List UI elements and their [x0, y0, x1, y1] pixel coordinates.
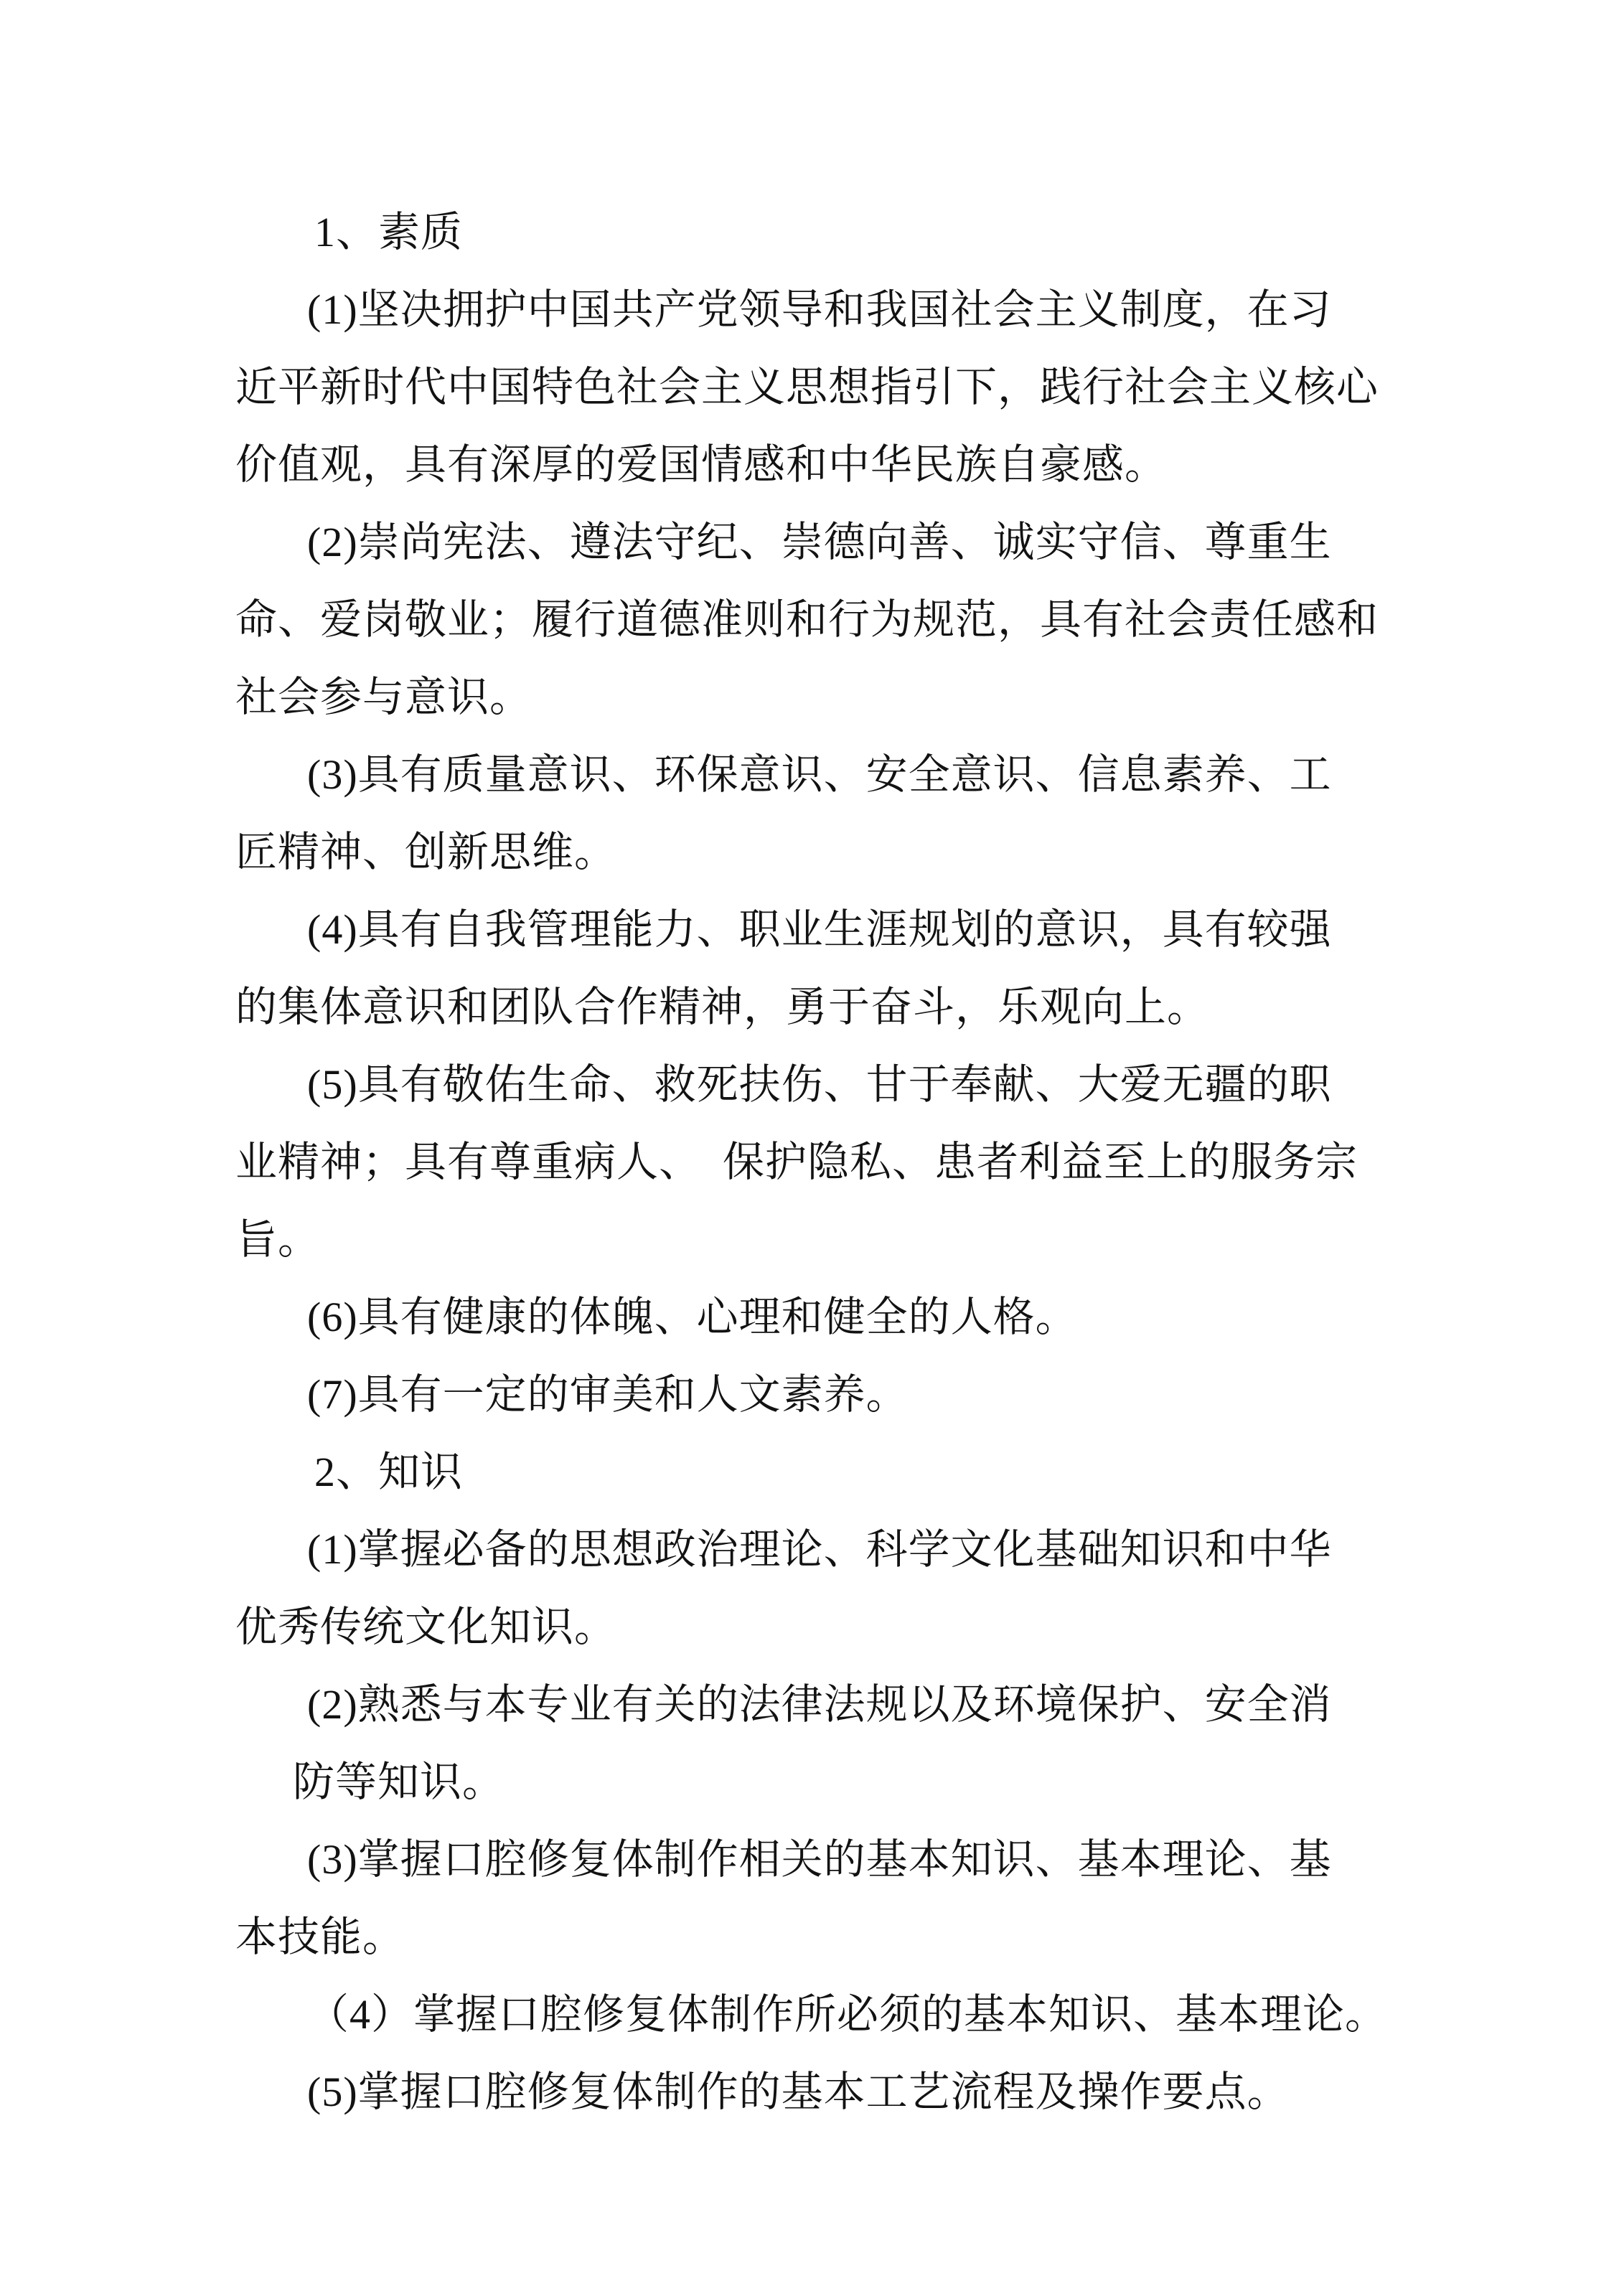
document-page: 1、素质(1)坚决拥护中国共产党领导和我国社会主义制度，在习近平新时代中国特色社…	[0, 0, 1624, 2296]
text-line: 业精神；具有尊重病人、 保护隐私、患者利益至上的服务宗	[235, 1124, 1394, 1201]
text-line: (3)掌握口腔修复体制作相关的基本知识、基本理论、基	[235, 1821, 1394, 1899]
text-line: 本技能。	[235, 1899, 1394, 1976]
text-line: (4)具有自我管理能力、职业生涯规划的意识，具有较强	[235, 891, 1394, 969]
text-line: 1、素质	[235, 194, 1394, 271]
text-line: 匠精神、创新思维。	[235, 814, 1394, 891]
text-line: (5)掌握口腔修复体制作的基本工艺流程及操作要点。	[235, 2053, 1394, 2131]
text-line: （4）掌握口腔修复体制作所必须的基本知识、基本理论。	[235, 1976, 1394, 2053]
text-line: (7)具有一定的审美和人文素养。	[235, 1356, 1394, 1434]
text-line: (3)具有质量意识、环保意识、安全意识、信息素养、工	[235, 736, 1394, 814]
text-line: 优秀传统文化知识。	[235, 1589, 1394, 1666]
text-line: 防等知识。	[235, 1744, 1394, 1821]
text-line: 2、知识	[235, 1434, 1394, 1511]
text-line: 命、爱岗敬业；履行道德准则和行为规范，具有社会责任感和	[235, 581, 1394, 659]
text-line: 价值观，具有深厚的爱国情感和中华民族自豪感。	[235, 426, 1394, 504]
text-line: (1)掌握必备的思想政治理论、科学文化基础知识和中华	[235, 1511, 1394, 1589]
text-line: (6)具有健康的体魄、心理和健全的人格。	[235, 1279, 1394, 1356]
text-line: (1)坚决拥护中国共产党领导和我国社会主义制度，在习	[235, 271, 1394, 349]
text-line: 近平新时代中国特色社会主义思想指引下，践行社会主义核心	[235, 349, 1394, 426]
text-line: 社会参与意识。	[235, 659, 1394, 736]
text-line: 旨。	[235, 1201, 1394, 1279]
text-line: (5)具有敬佑生命、救死扶伤、甘于奉献、大爱无疆的职	[235, 1046, 1394, 1124]
text-line: (2)熟悉与本专业有关的法律法规以及环境保护、安全消	[235, 1666, 1394, 1744]
text-line: 的集体意识和团队合作精神，勇于奋斗，乐观向上。	[235, 969, 1394, 1046]
text-line: (2)崇尚宪法、遵法守纪、崇德向善、诚实守信、尊重生	[235, 504, 1394, 581]
document-text-block: 1、素质(1)坚决拥护中国共产党领导和我国社会主义制度，在习近平新时代中国特色社…	[235, 194, 1394, 2131]
